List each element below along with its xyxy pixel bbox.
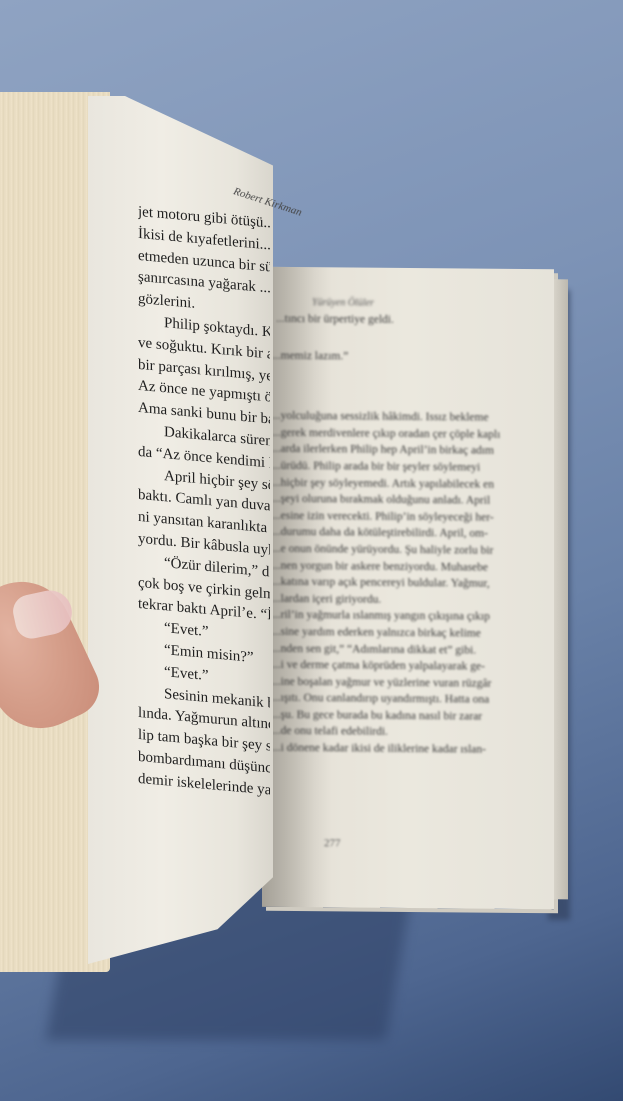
text-line: ...ürüdü. Philip arada bir bir şeyler sö…: [272, 458, 542, 477]
left-page-text: jet motoru gibi ötüşü... İkisi de kıyafe…: [138, 202, 270, 803]
right-page-edge: [554, 279, 568, 899]
text-line: ...sine yardım ederken yalnızca birkaç k…: [272, 624, 542, 643]
page-number: 277: [324, 837, 341, 849]
right-page-text: ...tıncı bir ürpertiye geldi. ...memiz l…: [272, 311, 542, 759]
right-page: Yürüyen Ölüler ...tıncı bir ürpertiye ge…: [262, 267, 554, 910]
text-line: ...tıncı bir ürpertiye geldi.: [272, 311, 542, 330]
text-line: ...memiz lazım.”: [272, 347, 542, 366]
text-line: ...i dönene kadar ikisi de iliklerine ka…: [272, 740, 542, 759]
text-line: ...katına varıp açık pencereyi buldular.…: [272, 574, 542, 593]
text-line: ...yolculuğuna sessizlik hâkimdi. Issız …: [272, 408, 542, 427]
text-line: ...şeyi oluruna bırakmak olduğunu anladı…: [272, 491, 542, 510]
left-page-text-clip: jet motoru gibi ötüşü... İkisi de kıyafe…: [120, 200, 270, 880]
photo-scene: Yürüyen Ölüler ...tıncı bir ürpertiye ge…: [0, 0, 623, 1101]
text-line: ...e onun önünde yürüyordu. Şu haliyle z…: [272, 541, 542, 560]
text-line: ...i ve derme çatma köprüden yalpalayara…: [272, 657, 542, 676]
right-running-header: Yürüyen Ölüler: [312, 297, 374, 309]
